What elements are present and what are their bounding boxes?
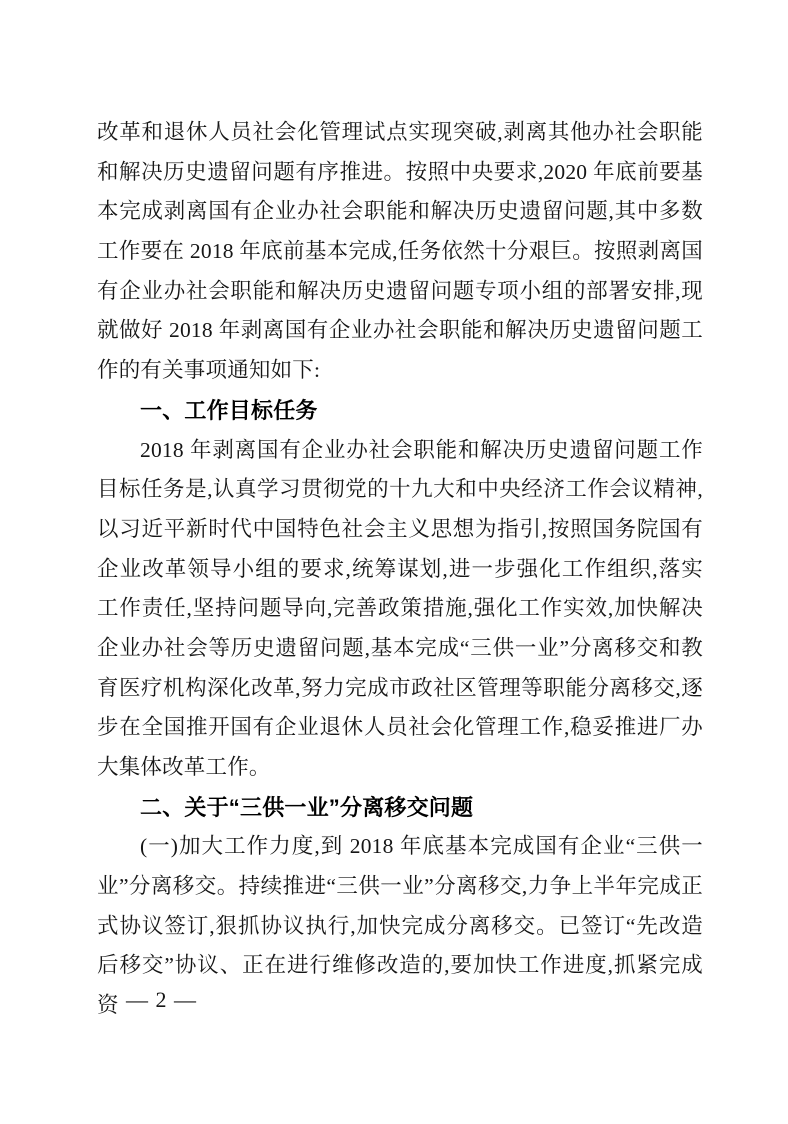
body-line-19: (一)加大工作力度,到 2018 年底基本完成国有企业“三供一 xyxy=(97,827,703,867)
body-line-17: 大集体改革工作。 xyxy=(97,748,703,788)
body-line-4: 工作要在 2018 年底前基本完成,任务依然十分艰巨。按照剥离国 xyxy=(97,232,703,272)
document-page: 改革和退休人员社会化管理试点实现突破,剥离其他办社会职能 和解决历史遗留问题有序… xyxy=(0,0,788,1124)
body-line-6: 就做好 2018 年剥离国有企业办社会职能和解决历史遗留问题工 xyxy=(97,311,703,351)
body-line-21: 式协议签订,狠抓协议执行,加快完成分离移交。已签订“先改造 xyxy=(97,907,703,947)
body-line-1: 改革和退休人员社会化管理试点实现突破,剥离其他办社会职能 xyxy=(97,113,703,153)
body-line-9: 2018 年剥离国有企业办社会职能和解决历史遗留问题工作 xyxy=(97,431,703,471)
body-line-11: 以习近平新时代中国特色社会主义思想为指引,按照国务院国有 xyxy=(97,510,703,550)
body-line-7: 作的有关事项通知如下: xyxy=(97,351,703,391)
body-line-5: 有企业办社会职能和解决历史遗留问题专项小组的部署安排,现 xyxy=(97,272,703,312)
page-number: — 2 — xyxy=(126,986,197,1014)
document-text-block: 改革和退休人员社会化管理试点实现突破,剥离其他办社会职能 和解决历史遗留问题有序… xyxy=(97,113,703,986)
section-heading-2: 二、关于“三供一业”分离移交问题 xyxy=(97,788,703,828)
body-line-12: 企业改革领导小组的要求,统筹谋划,进一步强化工作组织,落实 xyxy=(97,550,703,590)
section-heading-1: 一、工作目标任务 xyxy=(97,391,703,431)
body-line-3: 本完成剥离国有企业办社会职能和解决历史遗留问题,其中多数 xyxy=(97,192,703,232)
body-line-10: 目标任务是,认真学习贯彻党的十九大和中央经济工作会议精神, xyxy=(97,470,703,510)
body-line-2: 和解决历史遗留问题有序推进。按照中央要求,2020 年底前要基 xyxy=(97,153,703,193)
body-line-20: 业”分离移交。持续推进“三供一业”分离移交,力争上半年完成正 xyxy=(97,867,703,907)
body-line-15: 育医疗机构深化改革,努力完成市政社区管理等职能分离移交,逐 xyxy=(97,669,703,709)
body-line-22: 后移交”协议、正在进行维修改造的,要加快工作进度,抓紧完成资 xyxy=(97,946,703,986)
body-line-14: 企业办社会等历史遗留问题,基本完成“三供一业”分离移交和教 xyxy=(97,629,703,669)
body-line-16: 步在全国推开国有企业退休人员社会化管理工作,稳妥推进厂办 xyxy=(97,708,703,748)
body-line-13: 工作责任,坚持问题导向,完善政策措施,强化工作实效,加快解决 xyxy=(97,589,703,629)
